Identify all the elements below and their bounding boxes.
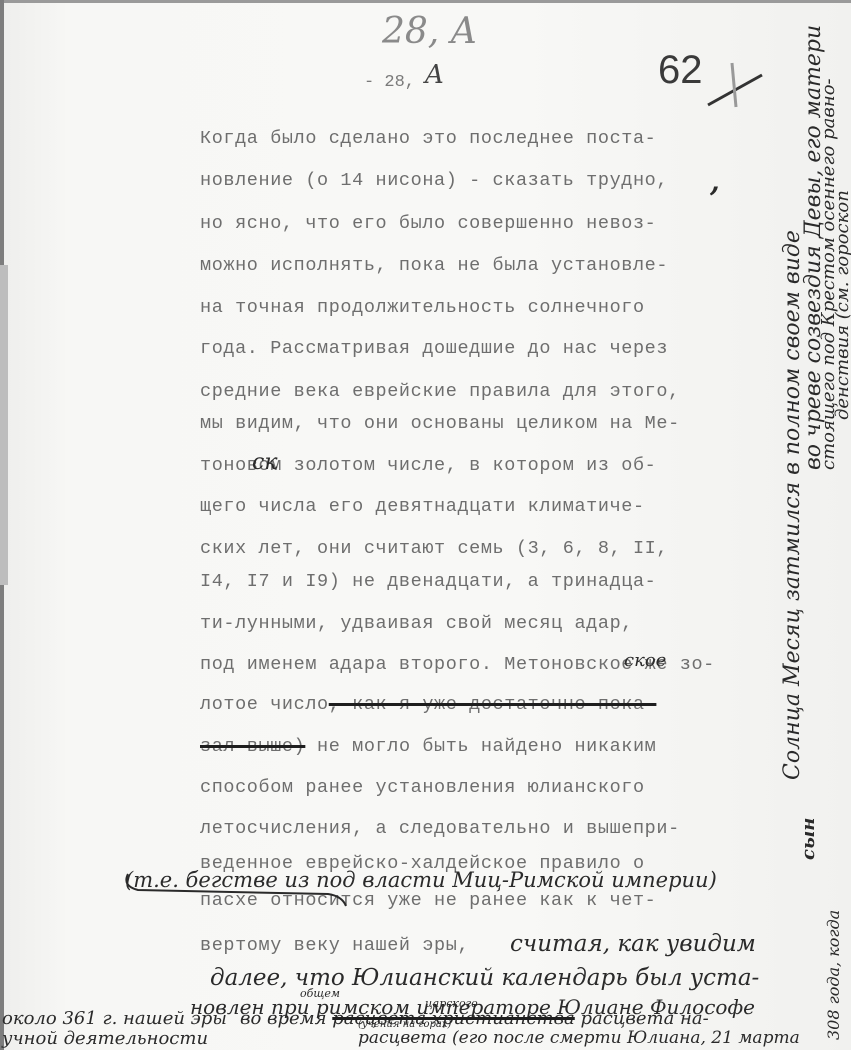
typed-line-6: года. Рассматривая дошедшие до нас через	[200, 340, 668, 359]
typed-line-17: способом ранее установления юлианского	[200, 779, 645, 798]
handwritten-superscript-tsarskogo: царского	[425, 998, 478, 1009]
scan-edge-top	[0, 0, 851, 3]
margin-note-vertical-4: денствия (см. гороскоп	[834, 190, 851, 420]
folio-number: 62	[658, 50, 703, 90]
typed-line-11: ских лет, они считают семь (3, 6, 8, II,	[200, 540, 668, 559]
handwritten-line-21-continuation: считая, как увидим	[510, 933, 756, 956]
handwritten-line-22: далее, что Юлианский календарь был уста-	[210, 967, 759, 990]
typed-line-4: можно исполнять, пока не была установле-	[200, 257, 668, 276]
handwritten-line-24-lead: во время	[240, 1008, 327, 1029]
typed-line-13: ти-лунными, удваивая свой месяц адар,	[200, 615, 633, 634]
typed-line-15: лотое число, как я уже достаточно пока-	[200, 696, 656, 715]
typed-line-21: вертому веку нашей эры,	[200, 937, 469, 956]
typed-line-1: Когда было сделано это последнее поста-	[200, 130, 656, 149]
struck-text: зал выше)	[200, 736, 305, 757]
typed-line-15-text: лотое число	[200, 694, 329, 715]
scan-edge-shadow	[0, 265, 8, 585]
typed-line-3: но ясно, что его было совершенно невоз-	[200, 215, 656, 234]
typed-line-16-text: не могло быть найдено никаким	[317, 736, 656, 757]
handwritten-correction-ck: ск	[252, 452, 277, 474]
handwritten-line-25: расцвета (его после смерти Юлиана, 21 ма…	[358, 1030, 800, 1047]
margin-note-vertical-syn: сын	[800, 818, 818, 860]
corner-cross-mark-icon	[700, 55, 770, 115]
margin-note-vertical-year: 308 года, когда	[826, 910, 842, 1040]
document-page: 28, A - 28, A 62 Когда было сделано это …	[0, 0, 851, 1050]
handwritten-line-24: во время расцвета христианства расцвета …	[240, 1010, 709, 1028]
typed-line-5: на точная продолжительность солнечного	[200, 299, 645, 318]
struck-text: , как я уже достаточно пока-	[329, 694, 657, 715]
page-number-suffix: A	[425, 62, 444, 88]
handwritten-correction-skoe: ское	[624, 652, 666, 670]
typed-line-10: щего числа его девятнадцати климатиче-	[200, 498, 645, 517]
typed-page-number: - 28,	[364, 73, 415, 92]
typed-line-2: новление (о 14 нисона) - сказать трудно,	[200, 172, 668, 191]
typed-line-16: зал выше) не могло быть найдено никаким	[200, 738, 656, 757]
typed-line-7: средние века еврейские правила для этого…	[200, 383, 680, 402]
handwritten-comma: ,	[710, 168, 720, 196]
typed-line-12: I4, I7 и I9) не двенадцати, а тринадца-	[200, 573, 656, 592]
handwritten-paren-insert: (т.е. бегстве из под власти Миц-Римской …	[125, 870, 717, 891]
handwritten-page-label: 28, A	[382, 14, 477, 50]
handwritten-margin-left-1: около 361 г. нашей эры	[2, 1010, 227, 1028]
typed-line-18: летосчисления, а следовательно и вышепри…	[200, 820, 680, 839]
typed-line-8: мы видим, что они основаны целиком на Ме…	[200, 415, 680, 434]
handwritten-margin-left-2: учной деятельности	[2, 1030, 208, 1048]
handwritten-line-24-after: расцвета на-	[581, 1008, 709, 1029]
